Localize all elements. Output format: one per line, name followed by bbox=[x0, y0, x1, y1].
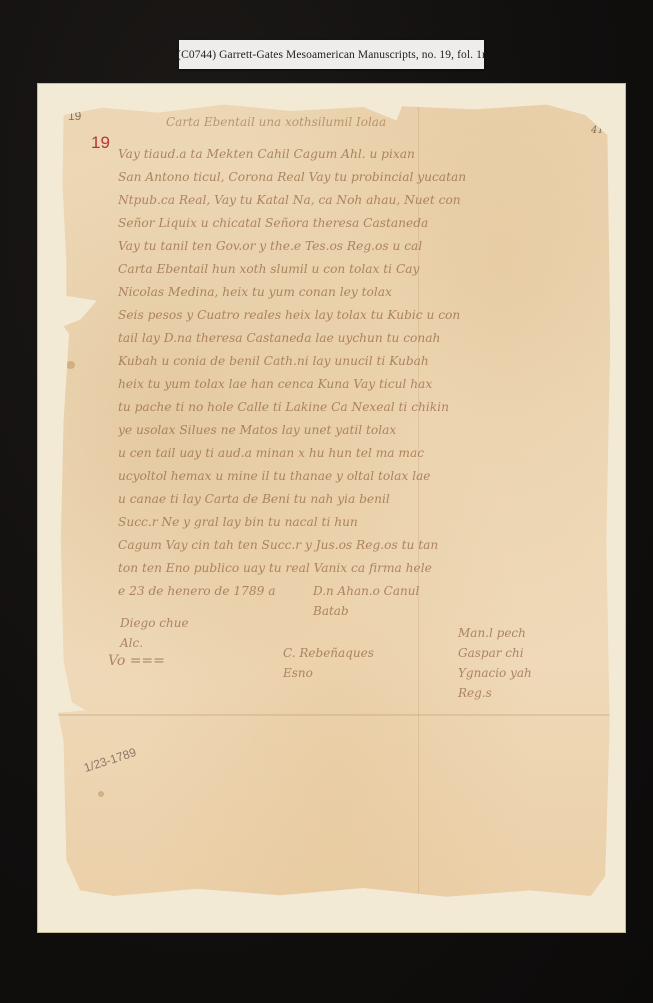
text-line: Vay tu tanil ten Gov.or y the.e Tes.os R… bbox=[118, 235, 603, 258]
pencil-date-note: 1/23-1789 bbox=[82, 745, 138, 775]
text-line: Succ.r Ne y gral lay bin tu nacal ti hun bbox=[118, 511, 603, 534]
signature-regidores: Man.l pech Gaspar chi Ygnacio yah Reg.s bbox=[458, 623, 532, 703]
signature-escribano: C. Rebeñaques Esno bbox=[283, 643, 374, 683]
signature-alcalde: Diego chue Alc. bbox=[120, 613, 189, 653]
manuscript-body: Vay tiaud.a ta Mekten Cahil Cagum Ahl. u… bbox=[118, 143, 603, 603]
text-line: Vay tiaud.a ta Mekten Cahil Cagum Ahl. u… bbox=[118, 143, 603, 166]
text-line: ton ten Eno publico uay tu real Vanix ca… bbox=[118, 557, 603, 580]
text-line: tu pache ti no hole Calle ti Lakine Ca N… bbox=[118, 396, 603, 419]
horizontal-fold-line bbox=[58, 714, 613, 716]
text-line: Kubah u conia de benil Cath.ni lay unuci… bbox=[118, 350, 603, 373]
text-line: tail lay D.na theresa Castaneda lae uych… bbox=[118, 327, 603, 350]
signature-batab: D.n Ahan.o Canul Batab bbox=[313, 581, 419, 621]
ink-stain bbox=[98, 791, 104, 797]
text-line: u cen tail uay ti aud.a minan x hu hun t… bbox=[118, 442, 603, 465]
text-line: Carta Ebentail hun xoth slumil u con tol… bbox=[118, 258, 603, 281]
red-page-number: 19 bbox=[91, 133, 110, 153]
catalog-label-text: (C0744) Garrett-Gates Mesoamerican Manus… bbox=[177, 49, 486, 61]
manuscript-page: 19 19 Carta Ebentail una xothsilumil Iol… bbox=[58, 103, 613, 900]
catalog-label: (C0744) Garrett-Gates Mesoamerican Manus… bbox=[179, 40, 484, 69]
ink-stain bbox=[66, 361, 75, 369]
text-line: San Antono ticul, Corona Real Vay tu pro… bbox=[118, 166, 603, 189]
text-line: Seis pesos y Cuatro reales heix lay tola… bbox=[118, 304, 603, 327]
manuscript-heading: Carta Ebentail una xothsilumil Iolaa bbox=[166, 115, 386, 129]
text-line: Cagum Vay cin tah ten Succ.r y Jus.os Re… bbox=[118, 534, 603, 557]
text-line: ucyoltol hemax u mine il tu thanae y olt… bbox=[118, 465, 603, 488]
text-line: heix tu yum tolax lae han cenca Kuna Vay… bbox=[118, 373, 603, 396]
text-line: Señor Liquix u chicatal Señora theresa C… bbox=[118, 212, 603, 235]
text-line: Nicolas Medina, heix tu yum conan ley to… bbox=[118, 281, 603, 304]
text-line: u canae ti lay Carta de Beni tu nah yia … bbox=[118, 488, 603, 511]
text-line: ye usolax Silues ne Matos lay unet yatil… bbox=[118, 419, 603, 442]
struck-mark: Vo === bbox=[108, 651, 165, 671]
text-line: Ntpub.ca Real, Vay tu Katal Na, ca Noh a… bbox=[118, 189, 603, 212]
